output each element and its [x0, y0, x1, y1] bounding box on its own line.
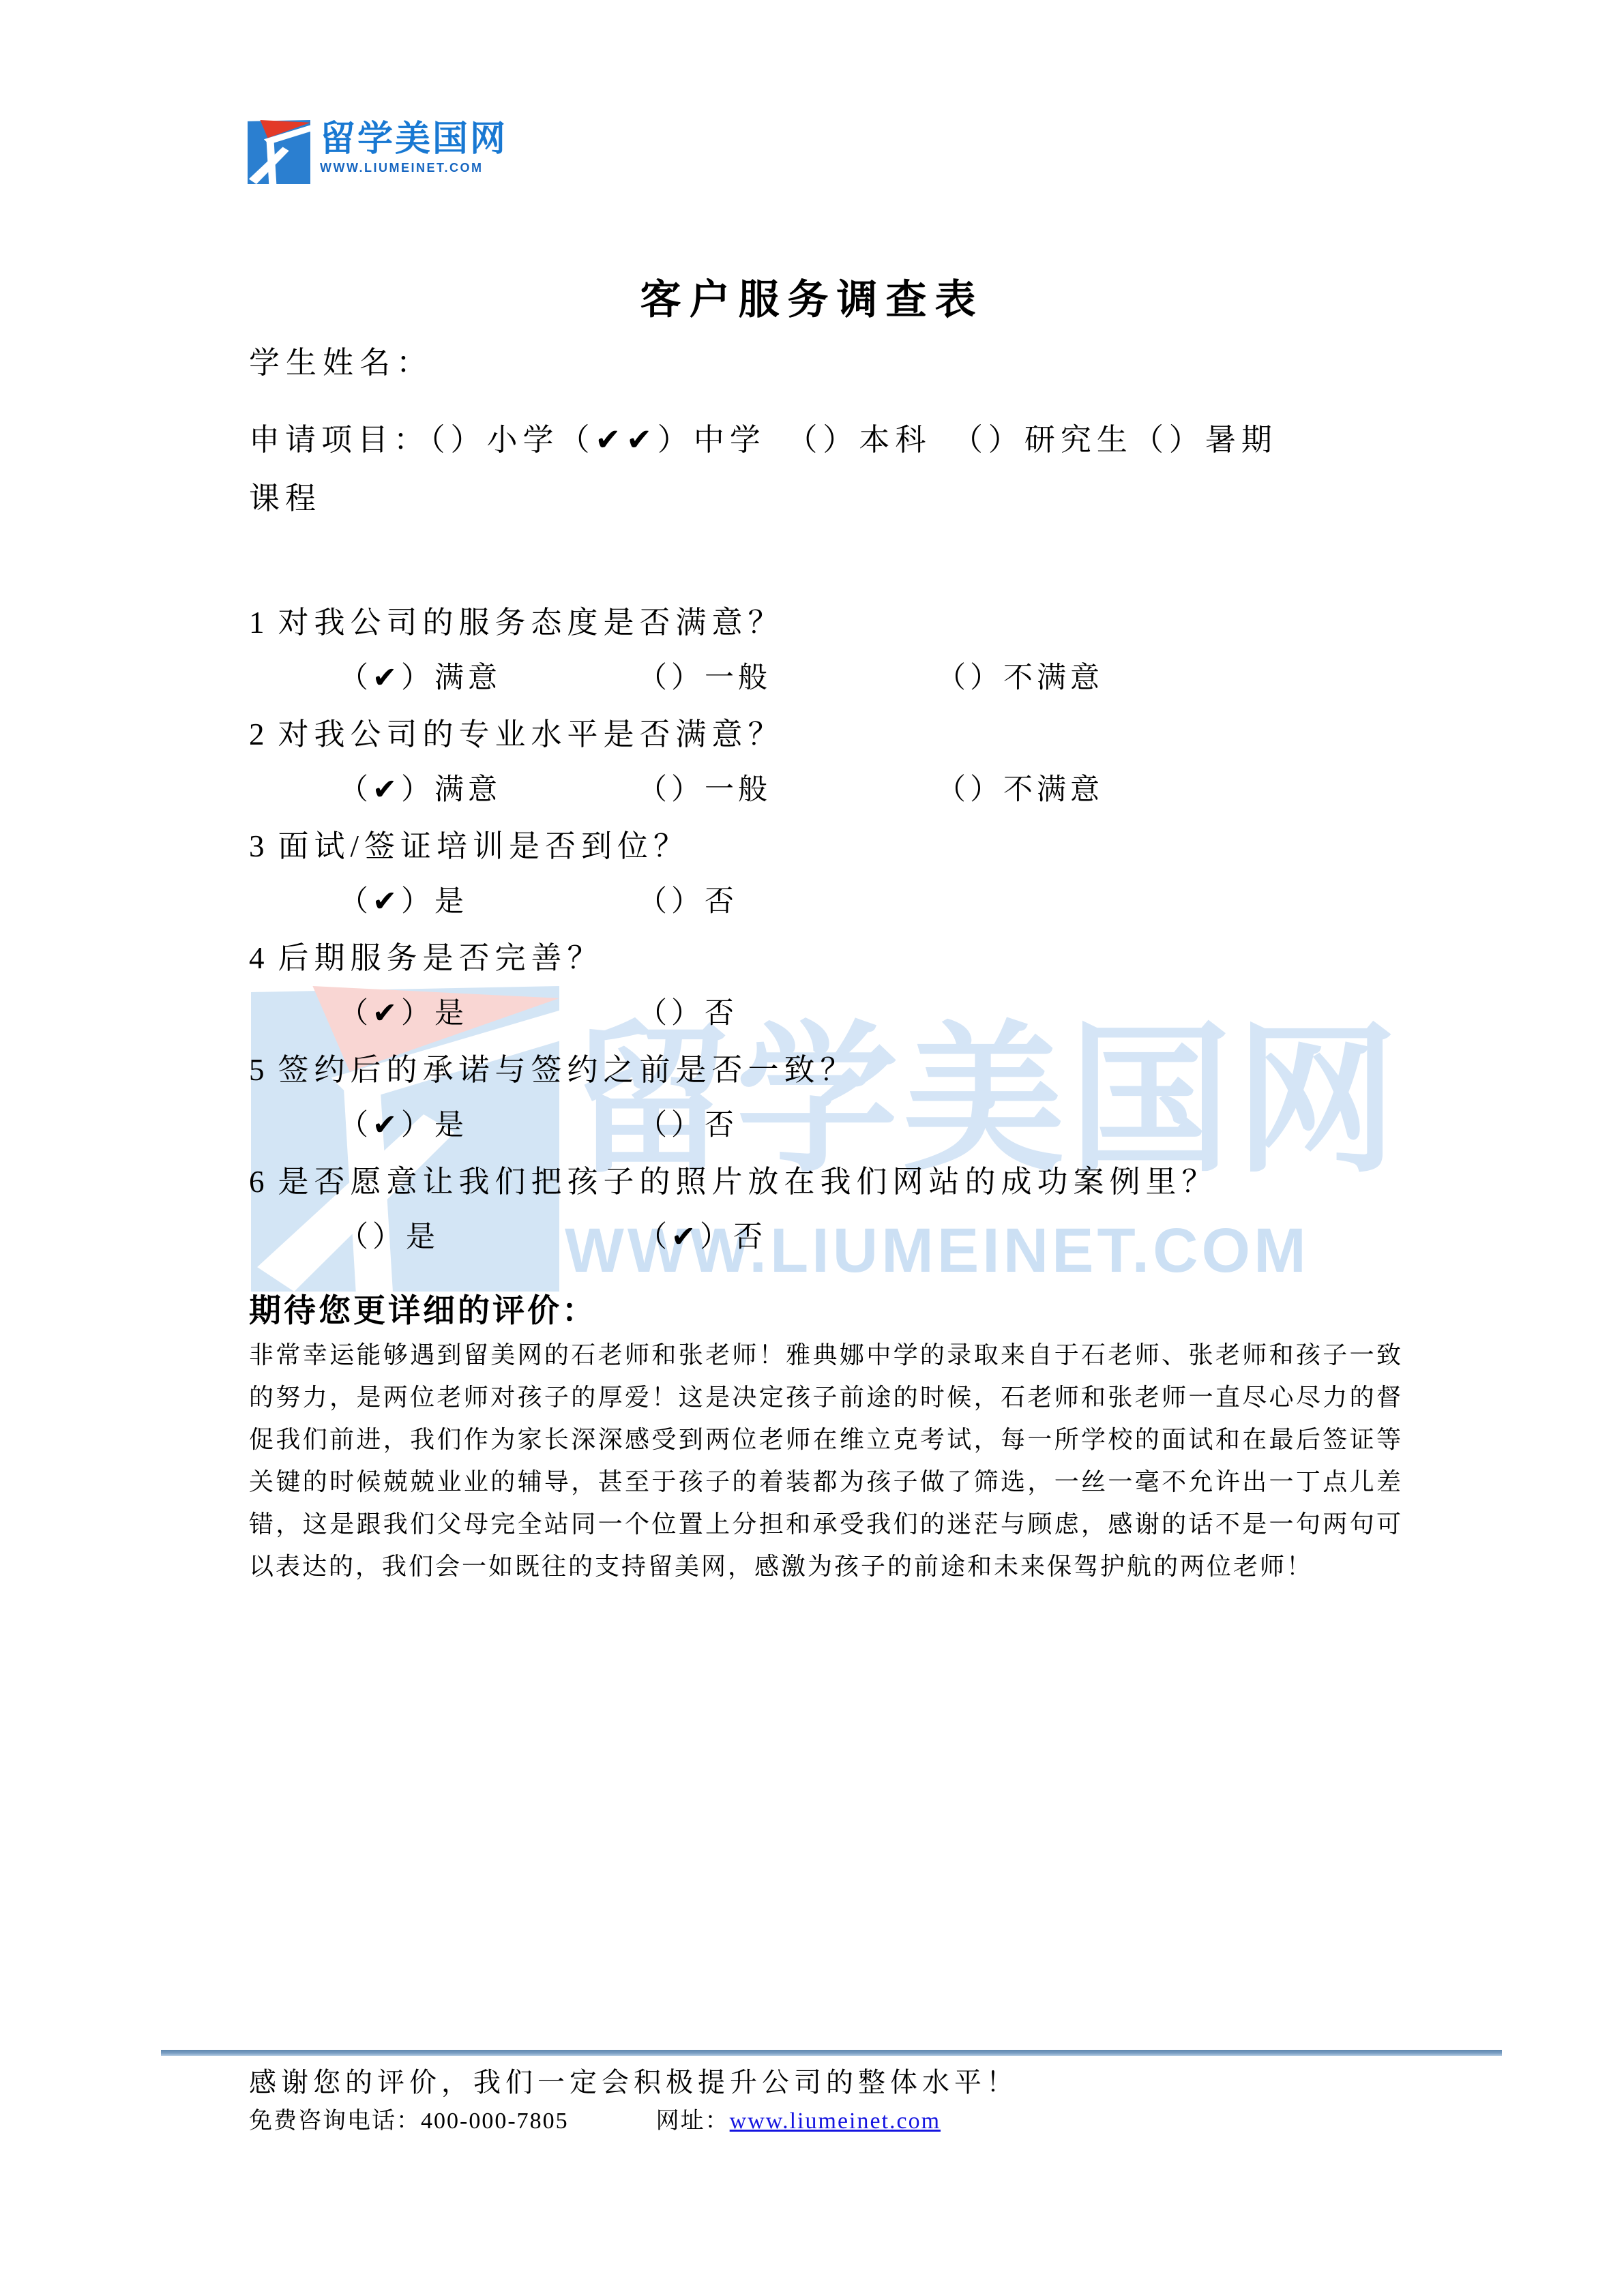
option: （✔）是 — [339, 1098, 638, 1154]
apply-project-line-1: 申请项目：（）小学（✔✔）中学 （）本科 （）研究生（）暑期 — [249, 411, 1408, 469]
option: （✔）是 — [339, 986, 638, 1042]
option: （）否 — [638, 874, 936, 930]
question-2-text: 2对我公司的专业水平是否满意？ — [249, 706, 1408, 762]
question-5: 5签约后的承诺与签约之前是否一致？（✔）是（）否 — [249, 1042, 1408, 1154]
question-label: 面试/签证培训是否到位？ — [278, 829, 690, 863]
question-1-text: 1对我公司的服务态度是否满意？ — [249, 595, 1408, 651]
footer-thanks-text: 感谢您的评价，我们一定会积极提升公司的整体水平！ — [249, 2065, 1018, 2100]
option: （）是 — [339, 1210, 638, 1266]
question-6-options: （）是（✔）否 — [249, 1210, 1408, 1266]
evaluation-text: 非常幸运能够遇到留美网的石老师和张老师！雅典娜中学的录取来自于石老师、张老师和孩… — [249, 1334, 1403, 1587]
question-label: 签约后的承诺与签约之前是否一致？ — [278, 1053, 857, 1087]
option: （✔）否 — [638, 1210, 936, 1266]
logo-title: 留学美国网 — [320, 120, 507, 160]
option: （）不满意 — [936, 651, 1235, 706]
question-3: 3面试/签证培训是否到位？（✔）是（）否 — [249, 818, 1408, 930]
question-label: 是否愿意让我们把孩子的照片放在我们网站的成功案例里？ — [278, 1165, 1218, 1199]
page-title: 客户服务调查表 — [0, 267, 1624, 326]
footer-site-label: 网址： — [656, 2108, 730, 2134]
question-number: 6 — [249, 1154, 265, 1210]
apply-project-line: 申请项目：（）小学（✔✔）中学 （）本科 （）研究生（）暑期 课程 — [249, 411, 1408, 528]
question-4-options: （✔）是（）否 — [249, 986, 1408, 1042]
question-number: 5 — [249, 1042, 265, 1098]
logo-texts: 留学美国网 WWW.LIUMEINET.COM — [320, 120, 507, 176]
survey-document-page: 留学美国网 WWW.LIUMEINET.COM 留学美国网 WWW.LIUMEI… — [0, 0, 1624, 2296]
question-label: 对我公司的服务态度是否满意？ — [278, 606, 784, 640]
question-number: 1 — [249, 595, 265, 651]
question-5-text: 5签约后的承诺与签约之前是否一致？ — [249, 1042, 1408, 1098]
question-1: 1对我公司的服务态度是否满意？（✔）满意（）一般（）不满意 — [249, 595, 1408, 706]
option: （）不满意 — [936, 762, 1235, 818]
questions-section: 1对我公司的服务态度是否满意？（✔）满意（）一般（）不满意2对我公司的专业水平是… — [249, 595, 1408, 1266]
question-5-options: （✔）是（）否 — [249, 1098, 1408, 1154]
footer-site-link[interactable]: www.liumeinet.com — [730, 2108, 941, 2134]
option: （✔）满意 — [339, 651, 638, 706]
option: （）否 — [638, 986, 936, 1042]
footer-divider — [161, 2050, 1502, 2056]
question-2: 2对我公司的专业水平是否满意？（✔）满意（）一般（）不满意 — [249, 706, 1408, 818]
footer-contact-line: 免费咨询电话：400-000-7805网址：www.liumeinet.com — [249, 2106, 941, 2137]
evaluation-heading: 期待您更详细的评价： — [249, 1291, 597, 1332]
question-6-text: 6是否愿意让我们把孩子的照片放在我们网站的成功案例里？ — [249, 1154, 1408, 1210]
company-logo: 留学美国网 WWW.LIUMEINET.COM — [248, 120, 507, 184]
question-number: 2 — [249, 706, 265, 762]
question-number: 3 — [249, 818, 265, 874]
apply-project-line-2: 课程 — [249, 469, 1408, 528]
logo-mark-icon — [248, 120, 310, 184]
document-content: 留学美国网 WWW.LIUMEINET.COM 客户服务调查表 学生姓名： 申请… — [0, 0, 1624, 2296]
question-number: 4 — [249, 930, 265, 986]
option: （）否 — [638, 1098, 936, 1154]
footer-phone: 免费咨询电话：400-000-7805 — [249, 2108, 569, 2134]
question-3-options: （✔）是（）否 — [249, 874, 1408, 930]
logo-website: WWW.LIUMEINET.COM — [320, 160, 507, 176]
question-4: 4后期服务是否完善？（✔）是（）否 — [249, 930, 1408, 1042]
question-label: 后期服务是否完善？ — [278, 941, 604, 975]
question-1-options: （✔）满意（）一般（）不满意 — [249, 651, 1408, 706]
option: （）一般 — [638, 762, 936, 818]
question-4-text: 4后期服务是否完善？ — [249, 930, 1408, 986]
question-6: 6是否愿意让我们把孩子的照片放在我们网站的成功案例里？（）是（✔）否 — [249, 1154, 1408, 1266]
option: （）一般 — [638, 651, 936, 706]
question-label: 对我公司的专业水平是否满意？ — [278, 717, 784, 751]
student-name-label: 学生姓名： — [249, 342, 433, 383]
question-2-options: （✔）满意（）一般（）不满意 — [249, 762, 1408, 818]
option: （✔）是 — [339, 874, 638, 930]
option: （✔）满意 — [339, 762, 638, 818]
question-3-text: 3面试/签证培训是否到位？ — [249, 818, 1408, 874]
